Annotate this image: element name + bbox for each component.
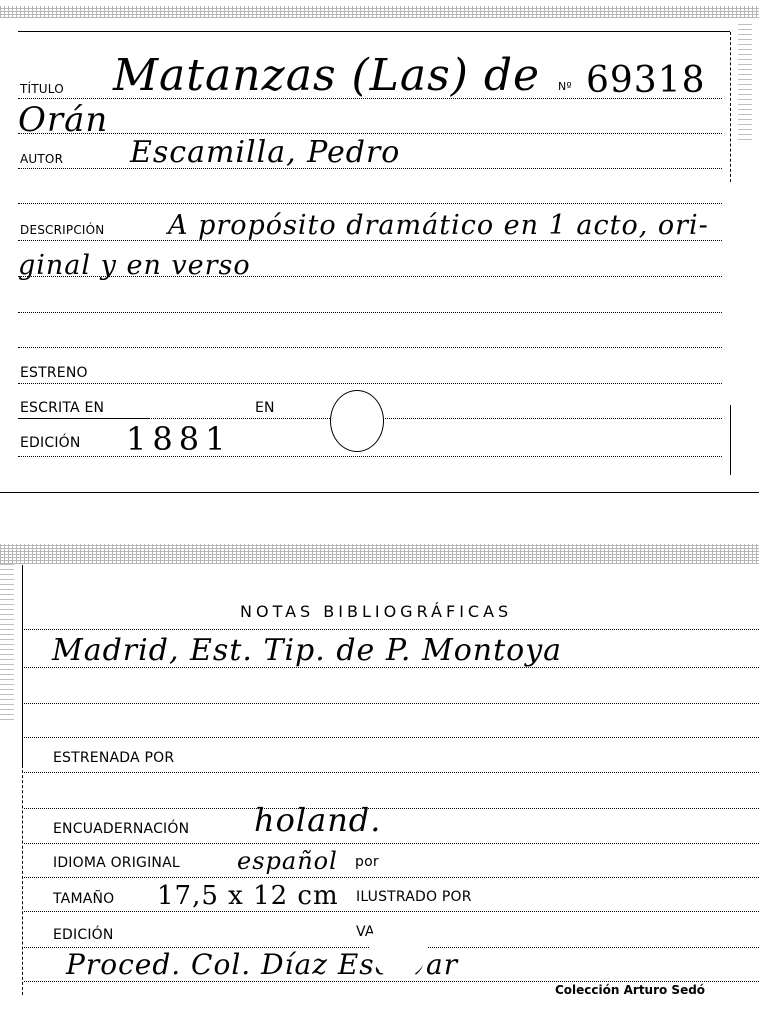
- catalog-card-back: NOTAS BIBLIOGRÁFICAS Madrid, Est. Tip. d…: [22, 565, 759, 1025]
- encuadernacion-label: ENCUADERNACIÓN: [53, 821, 189, 837]
- idioma-value: español: [237, 847, 338, 875]
- scan-noise-bottom-top: [0, 544, 759, 564]
- titulo-label: TÍTULO: [20, 82, 64, 96]
- card-separator: [0, 492, 759, 493]
- blank-rule-back: [24, 808, 759, 809]
- autor-value: Escamilla, Pedro: [130, 135, 400, 170]
- descripcion-rule-2: [18, 276, 722, 277]
- notas-rule-4: [24, 737, 759, 738]
- estreno-label: ESTRENO: [20, 365, 88, 381]
- titulo-rule-2: [18, 133, 722, 134]
- autor-rule-2: [18, 203, 722, 204]
- por-label: por: [355, 854, 379, 870]
- titulo-value: Matanzas (Las) de: [113, 50, 540, 101]
- card-top-border: [18, 31, 730, 32]
- punch-hole-stamp-back: [370, 915, 428, 979]
- descripcion-rule: [18, 240, 722, 241]
- procedencia-rule: [24, 981, 759, 982]
- blank-rule-1: [18, 312, 722, 313]
- notas-rule-3: [24, 703, 759, 704]
- autor-label: AUTOR: [20, 152, 63, 166]
- tamano-rule: [24, 911, 759, 912]
- collection-credit: Colección Arturo Sedó: [555, 983, 705, 997]
- idioma-label: IDIOMA ORIGINAL: [53, 855, 180, 871]
- en-label: EN: [255, 400, 275, 416]
- encuadernacion-value: holand.: [254, 801, 381, 839]
- estrenada-por-label: ESTRENADA POR: [53, 750, 174, 766]
- titulo-rule: [18, 98, 722, 99]
- descripcion-value: A propósito dramático en 1 acto, ori-: [168, 210, 709, 241]
- idioma-rule: [24, 877, 759, 878]
- edicion-value: 1881: [126, 420, 231, 458]
- notas-rule-1: [24, 629, 759, 630]
- blank-rule-2: [18, 347, 722, 348]
- scan-noise-right: [738, 20, 752, 140]
- notas-rule-2: [24, 667, 759, 668]
- card-right-border: [730, 32, 731, 182]
- card-right-border-lower: [730, 405, 731, 475]
- notas-value: Madrid, Est. Tip. de P. Montoya: [52, 633, 562, 668]
- tamano-label: TAMAÑO: [53, 891, 114, 907]
- catalog-number: 69318: [586, 60, 706, 101]
- estrenada-rule: [24, 772, 759, 773]
- encuadernacion-rule: [24, 843, 759, 844]
- scan-noise-left: [0, 560, 14, 720]
- escrita-en-label: ESCRITA EN: [20, 400, 104, 416]
- escrita-en-rule: [18, 418, 148, 419]
- titulo-value-line2: Orán: [18, 100, 108, 140]
- edicion-label: EDICIÓN: [20, 435, 81, 451]
- autor-rule: [18, 168, 722, 169]
- notas-heading: NOTAS BIBLIOGRÁFICAS: [240, 602, 512, 621]
- descripcion-label: DESCRIPCIÓN: [20, 223, 104, 237]
- card-left-border: [22, 565, 23, 765]
- edicion-rule: [18, 456, 722, 457]
- tamano-value: 17,5 x 12 cm: [157, 881, 339, 911]
- card-left-border-lower: [22, 765, 23, 995]
- catalog-no-prefix: Nº: [558, 80, 572, 93]
- estreno-rule: [18, 383, 722, 384]
- punch-hole-stamp: [330, 390, 384, 452]
- ilustrado-por-label: ILUSTRADO POR: [356, 889, 472, 905]
- escrita-en-rule-2: [148, 418, 722, 419]
- catalog-card-front: TÍTULO Matanzas (Las) de Nº 69318 Orán A…: [18, 0, 730, 500]
- edicion-back-label: EDICIÓN: [53, 927, 114, 943]
